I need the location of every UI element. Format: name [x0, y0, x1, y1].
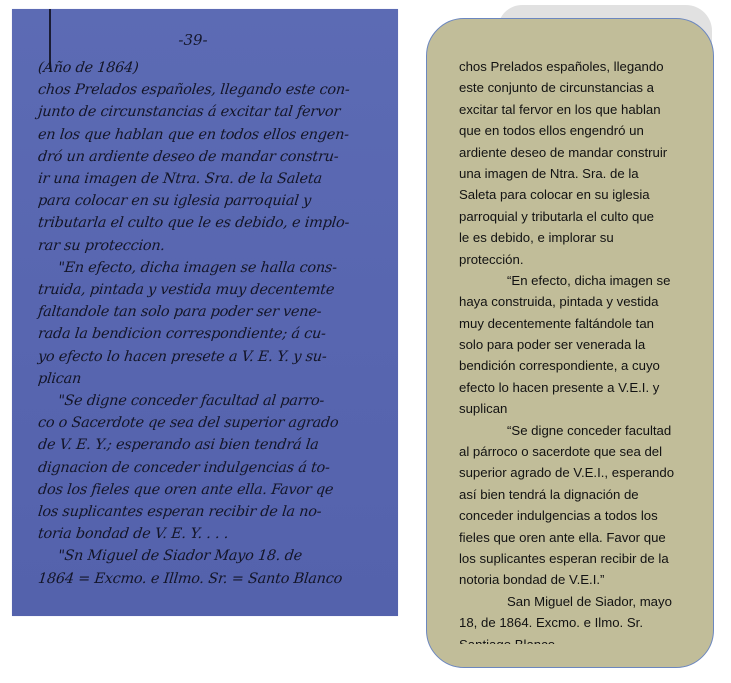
manuscript-line: "En efecto, dicha imagen se halla cons- — [37, 257, 389, 279]
transcription-line: solo para poder ser venerada la — [459, 334, 695, 355]
transcription-line: efecto lo hacen presente a V.E.I. y — [459, 377, 695, 398]
manuscript-line: "Se digne conceder facultad al parro- — [37, 390, 389, 412]
manuscript-handwriting: (Año de 1864)chos Prelados españoles, ll… — [38, 57, 388, 590]
transcription-line: superior agrado de V.E.I., esperando — [459, 462, 695, 483]
transcription-line: parroquial y tributarla el culto que — [459, 206, 695, 227]
transcription-text-box: chos Prelados españoles, llegandoeste co… — [426, 18, 714, 668]
transcription-line: San Miguel de Siador, mayo — [459, 591, 695, 612]
manuscript-line: dignacion de conceder indulgencias á to- — [37, 457, 389, 479]
transcription-line: bendición correspondiente, a cuyo — [459, 355, 695, 376]
transcription-line: ardiente deseo de mandar construir — [459, 142, 695, 163]
manuscript-line: en los que hablan que en todos ellos eng… — [37, 124, 389, 146]
transcription-line: “En efecto, dicha imagen se — [459, 270, 695, 291]
manuscript-line: ir una imagen de Ntra. Sra. de la Saleta — [37, 168, 389, 190]
transcription-text: chos Prelados españoles, llegandoeste co… — [459, 56, 695, 655]
transcription-line: le es debido, e implorar su — [459, 227, 695, 248]
transcription-line: una imagen de Ntra. Sra. de la — [459, 163, 695, 184]
manuscript-line: truida, pintada y vestida muy decentemte — [37, 279, 389, 301]
manuscript-line: plican — [37, 368, 389, 390]
manuscript-page-number: -39- — [12, 31, 386, 49]
transcription-line: así bien tendrá la dignación de — [459, 484, 695, 505]
transcription-line: los suplicantes esperan recibir de la — [459, 548, 695, 569]
manuscript-line: rar su proteccion. — [37, 235, 389, 257]
transcription-line: conceder indulgencias a todos los — [459, 505, 695, 526]
transcription-line: fieles que oren ante ella. Favor que — [459, 527, 695, 548]
transcription-line: chos Prelados españoles, llegando — [459, 56, 695, 77]
manuscript-line: rada la bendicion correspondiente; á cu- — [37, 323, 389, 345]
transcription-line: este conjunto de circunstancias a — [459, 77, 695, 98]
transcription-line: protección. — [459, 249, 695, 270]
manuscript-line: co o Sacerdote qe sea del superior agrad… — [37, 412, 389, 434]
transcription-line: suplican — [459, 398, 695, 419]
manuscript-line: toria bondad de V. E. Y. . . . — [37, 523, 389, 545]
manuscript-line: chos Prelados españoles, llegando este c… — [37, 79, 389, 101]
transcription-line: haya construida, pintada y vestida — [459, 291, 695, 312]
manuscript-line: junto de circunstancias á excitar tal fe… — [37, 101, 389, 123]
manuscript-line: faltandole tan solo para poder ser vene- — [37, 301, 389, 323]
manuscript-line: de V. E. Y.; esperando asi bien tendrá l… — [37, 434, 389, 456]
manuscript-line: para colocar en su iglesia parroquial y — [37, 190, 389, 212]
transcription-line: al párroco o sacerdote que sea del — [459, 441, 695, 462]
transcription-line: “Se digne conceder facultad — [459, 420, 695, 441]
manuscript-line: dos los fieles que oren ante ella. Favor… — [37, 479, 389, 501]
manuscript-line: tributarla el culto que le es debido, e … — [37, 212, 389, 234]
transcription-line: notoria bondad de V.E.I.” — [459, 569, 695, 590]
manuscript-line: yo efecto lo hacen presete a V. E. Y. y … — [37, 346, 389, 368]
transcription-line: muy decentemente faltándole tan — [459, 313, 695, 334]
transcription-line: excitar tal fervor en los que hablan — [459, 99, 695, 120]
manuscript-line: los suplicantes esperan recibir de la no… — [37, 501, 389, 523]
manuscript-scan-image: -39- (Año de 1864)chos Prelados españole… — [12, 9, 398, 616]
transcription-line: Saleta para colocar en su iglesia — [459, 184, 695, 205]
manuscript-line: 1864 = Excmo. e Illmo. Sr. = Santo Blanc… — [37, 568, 389, 590]
manuscript-line: dró un ardiente deseo de mandar constru- — [37, 146, 389, 168]
manuscript-line: "Sn Miguel de Siador Mayo 18. de — [37, 545, 389, 567]
manuscript-line: (Año de 1864) — [37, 57, 389, 79]
text-box-bottom-padding — [427, 644, 713, 668]
transcription-line: que en todos ellos engendró un — [459, 120, 695, 141]
transcription-line: 18, de 1864. Excmo. e Ilmo. Sr. — [459, 612, 695, 633]
